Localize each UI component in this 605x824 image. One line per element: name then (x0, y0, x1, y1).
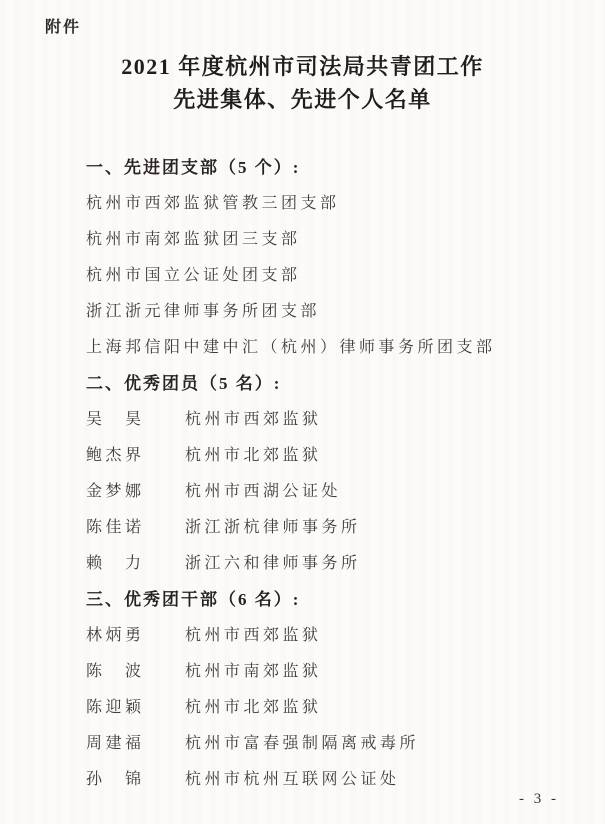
person-row: 周建福杭州市富春强制隔离戒毒所 (86, 726, 569, 762)
section-outstanding-cadres: 三、优秀团干部（6 名）: 林炳勇杭州市西郊监狱陈 波杭州市南郊监狱陈迎颖杭州市… (86, 582, 569, 798)
person-name: 陈 波 (86, 654, 185, 690)
person-org: 杭州市西郊监狱 (185, 411, 322, 428)
document-body: 一、先进团支部（5 个）: 杭州市西郊监狱管教三团支部杭州市南郊监狱团三支部杭州… (86, 150, 569, 798)
person-org: 浙江浙杭律师事务所 (185, 519, 361, 536)
section-heading: 一、先进团支部（5 个）: (86, 150, 569, 186)
person-name: 孙 锦 (86, 762, 185, 798)
section-list: 杭州市西郊监狱管教三团支部杭州市南郊监狱团三支部杭州市国立公证处团支部浙江浙元律… (86, 186, 569, 366)
person-org: 杭州市富春强制隔离戒毒所 (185, 735, 419, 752)
person-row: 陈迎颖杭州市北郊监狱 (86, 690, 569, 726)
list-item: 杭州市西郊监狱管教三团支部 (86, 186, 569, 222)
person-row: 吴 昊杭州市西郊监狱 (86, 402, 569, 438)
page-number: - 3 - (519, 791, 559, 808)
section-list: 林炳勇杭州市西郊监狱陈 波杭州市南郊监狱陈迎颖杭州市北郊监狱周建福杭州市富春强制… (86, 618, 569, 798)
person-row: 陈 波杭州市南郊监狱 (86, 654, 569, 690)
person-org: 杭州市南郊监狱 (185, 663, 322, 680)
person-row: 陈佳诺浙江浙杭律师事务所 (86, 510, 569, 546)
list-item: 杭州市国立公证处团支部 (86, 258, 569, 294)
document-title-line1: 2021 年度杭州市司法局共青团工作 (0, 50, 605, 83)
person-name: 金梦娜 (86, 474, 185, 510)
person-name: 吴 昊 (86, 402, 185, 438)
person-row: 赖 力浙江六和律师事务所 (86, 546, 569, 582)
person-org: 杭州市西郊监狱 (185, 627, 322, 644)
person-row: 鲍杰界杭州市北郊监狱 (86, 438, 569, 474)
list-item: 杭州市南郊监狱团三支部 (86, 222, 569, 258)
person-org: 杭州市杭州互联网公证处 (185, 771, 400, 788)
person-org: 杭州市西湖公证处 (185, 483, 341, 500)
section-heading: 二、优秀团员（5 名）: (86, 366, 569, 402)
document-title-line2: 先进集体、先进个人名单 (0, 83, 605, 116)
person-name: 林炳勇 (86, 618, 185, 654)
person-row: 孙 锦杭州市杭州互联网公证处 (86, 762, 569, 798)
section-outstanding-members: 二、优秀团员（5 名）: 吴 昊杭州市西郊监狱鲍杰界杭州市北郊监狱金梦娜杭州市西… (86, 366, 569, 582)
list-item: 上海邦信阳中建中汇（杭州）律师事务所团支部 (86, 330, 569, 366)
section-advanced-branches: 一、先进团支部（5 个）: 杭州市西郊监狱管教三团支部杭州市南郊监狱团三支部杭州… (86, 150, 569, 366)
person-row: 林炳勇杭州市西郊监狱 (86, 618, 569, 654)
person-name: 鲍杰界 (86, 438, 185, 474)
person-name: 周建福 (86, 726, 185, 762)
person-name: 陈佳诺 (86, 510, 185, 546)
person-row: 金梦娜杭州市西湖公证处 (86, 474, 569, 510)
attachment-label: 附件 (45, 14, 81, 37)
person-name: 赖 力 (86, 546, 185, 582)
person-org: 杭州市北郊监狱 (185, 447, 322, 464)
person-org: 杭州市北郊监狱 (185, 699, 322, 716)
section-heading: 三、优秀团干部（6 名）: (86, 582, 569, 618)
document-title: 2021 年度杭州市司法局共青团工作 先进集体、先进个人名单 (0, 50, 605, 116)
list-item: 浙江浙元律师事务所团支部 (86, 294, 569, 330)
person-org: 浙江六和律师事务所 (185, 555, 361, 572)
person-name: 陈迎颖 (86, 690, 185, 726)
scanned-document-page: 附件 2021 年度杭州市司法局共青团工作 先进集体、先进个人名单 一、先进团支… (0, 0, 605, 824)
section-list: 吴 昊杭州市西郊监狱鲍杰界杭州市北郊监狱金梦娜杭州市西湖公证处陈佳诺浙江浙杭律师… (86, 402, 569, 582)
